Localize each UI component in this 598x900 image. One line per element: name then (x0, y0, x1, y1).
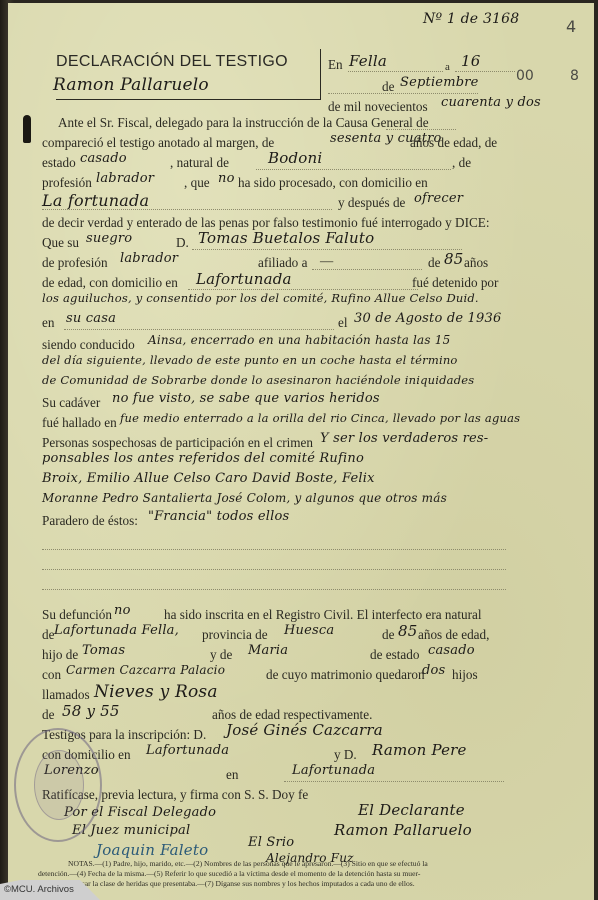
document-page: DECLARACIÓN DEL TESTIGO Ramon Pallaruelo… (8, 3, 594, 900)
conducted-line-3: de Comunidad de Sobrarbe donde lo asesin… (42, 373, 474, 387)
promise-value: ofrecer (414, 191, 463, 206)
suspects-line-2: ponsables los antes referidos del comité… (42, 451, 364, 466)
spouse-value: Carmen Cazcarra Palacio (66, 663, 225, 677)
affiliation-value: — (320, 253, 333, 269)
text-line: de cuyo matrimonio quedaron (266, 667, 425, 683)
text-line: fué hallado en (42, 415, 117, 431)
text-line: , de (452, 155, 471, 171)
victim-domicile: Lafortunada (196, 270, 292, 288)
text-line: años (464, 255, 488, 271)
victim-profession: labrador (120, 251, 178, 266)
stamp-number-2: 8 (570, 68, 579, 84)
text-line: ha sido inscrita en el Registro Civil. E… (164, 607, 482, 623)
witness1-domicile: Lafortunada (146, 743, 229, 758)
text-line: de (428, 255, 440, 271)
victim-name: Tomas Buetalos Faluto (198, 229, 374, 247)
text-line: , que (184, 175, 210, 191)
text-line: de (42, 707, 54, 723)
signature-secretary-title: El Srio (248, 835, 294, 850)
notes-line: te.—(6) Expresar la clase de heridas que… (38, 879, 415, 889)
page-number: 4 (566, 17, 576, 36)
detained-by: los aguiluchos, y consentido por los del… (42, 291, 479, 305)
text-line: Que su (42, 235, 79, 251)
text-line: Su cadáver (42, 395, 100, 411)
father-value: Tomas (82, 643, 125, 658)
natural-of-value: Lafortunada Fella, (54, 623, 179, 638)
text-line: en (42, 315, 54, 331)
text-line: fué detenido por (412, 275, 498, 291)
suspects-line-1: Y ser los verdaderos res- (320, 431, 488, 446)
text-line: con (42, 667, 61, 683)
text-line: de profesión (42, 255, 108, 271)
text-line: compareció el testigo anotado al margen,… (42, 135, 274, 151)
signature-declarant-name: Ramon Pallaruelo (334, 821, 472, 839)
official-stamp (14, 728, 102, 842)
text-line: estado (42, 155, 76, 171)
text-line: D. (176, 235, 189, 251)
text-line: Personas sospechosas de participación en… (42, 435, 313, 451)
witness-domicile: La fortunada (42, 191, 149, 210)
province-value: Huesca (284, 623, 334, 638)
text-line: años de edad, de (410, 135, 497, 151)
text-line: llamados (42, 687, 90, 703)
text-line: y D. (334, 747, 357, 763)
year-value: cuarenta y dos (441, 95, 541, 110)
document-title: DECLARACIÓN DEL TESTIGO (56, 53, 288, 71)
month-value: Septiembre (400, 75, 479, 90)
processed-value: no (218, 171, 235, 186)
signature-declarant-title: El Declarante (358, 801, 465, 819)
witness2-name: Ramon Pere (372, 741, 467, 759)
text-line: ha sido procesado, con domicilio en (238, 175, 428, 191)
place-value: Fella (349, 52, 387, 70)
death-age: 85 (398, 622, 418, 640)
witness2-domicile: Lafortunada (292, 763, 375, 778)
text-line: Su defunción (42, 607, 112, 623)
children-ages: 58 y 55 (62, 702, 120, 720)
text-line: y después de (338, 195, 405, 211)
text-line: hijo de (42, 647, 78, 663)
text-line: y de (210, 647, 232, 663)
label-en: En (328, 57, 343, 73)
text-line: siendo conducido (42, 337, 135, 353)
witness-name: Ramon Pallaruelo (53, 75, 209, 95)
victim-age: 85 (444, 250, 464, 268)
stamp-number-1: 00 (516, 68, 534, 84)
text-line: en (226, 767, 238, 783)
text-line: hijos (452, 667, 478, 683)
label-year: de mil novecientos (328, 99, 428, 115)
text-line: provincia de (202, 627, 268, 643)
text-line: de (42, 627, 54, 643)
text-line: el (338, 315, 348, 331)
text-line: años de edad, (418, 627, 489, 643)
mother-value: Maria (248, 643, 288, 658)
archive-number: Nº 1 de 3168 (423, 11, 519, 27)
signature-judge-title: El Juez municipal (72, 823, 190, 838)
children-count: dos (422, 663, 445, 678)
detention-date: 30 de Agosto de 1936 (354, 311, 501, 326)
text-line: de edad, con domicilio en (42, 275, 178, 291)
text-line: , natural de (170, 155, 229, 171)
conducted-line-2: del día siguiente, llevado de este punto… (42, 353, 458, 367)
text-line: afiliado a (258, 255, 307, 271)
witness1-name: José Ginés Cazcarra (226, 721, 383, 739)
text-line: profesión (42, 175, 92, 191)
notes-line: NOTAS.—(1) Padre, hijo, marido, etc.—(2)… (68, 859, 428, 869)
children-names: Nieves y Rosa (94, 682, 218, 702)
registered-value: no (114, 603, 131, 618)
text-line: Paradero de éstos: (42, 513, 138, 529)
whereabouts-value: "Francia" todos ellos (148, 509, 289, 524)
text-line: Ante el Sr. Fiscal, delegado para la ins… (58, 115, 429, 131)
body-found-value: no fue visto, se sabe que varios heridos (112, 391, 380, 406)
margin-mark (23, 115, 31, 143)
suspects-line-4: Moranne Pedro Santalierta José Colom, y … (42, 491, 447, 505)
witness-birthplace: Bodoni (268, 149, 322, 167)
found-at-value: fue medio enterrado a la orilla del rio … (120, 411, 520, 425)
victim-civil-status: casado (428, 643, 475, 658)
day-value: 16 (461, 52, 481, 70)
suspects-line-3: Broix, Emilio Allue Celso Caro David Bos… (42, 471, 375, 486)
witness-civil-status: casado (80, 151, 127, 166)
text-line: de estado (370, 647, 419, 663)
signature-judge-name: Joaquin Faleto (96, 841, 208, 859)
witness-profession: labrador (96, 171, 154, 186)
text-line: de (382, 627, 394, 643)
notes-line: detención.—(4) Fecha de la misma.—(5) Re… (38, 869, 420, 879)
detention-place: su casa (66, 311, 116, 326)
conducted-line-1: Ainsa, encerrado en una habitación hasta… (148, 333, 450, 347)
relation-value: suegro (86, 231, 132, 246)
label-a: a (445, 61, 450, 73)
